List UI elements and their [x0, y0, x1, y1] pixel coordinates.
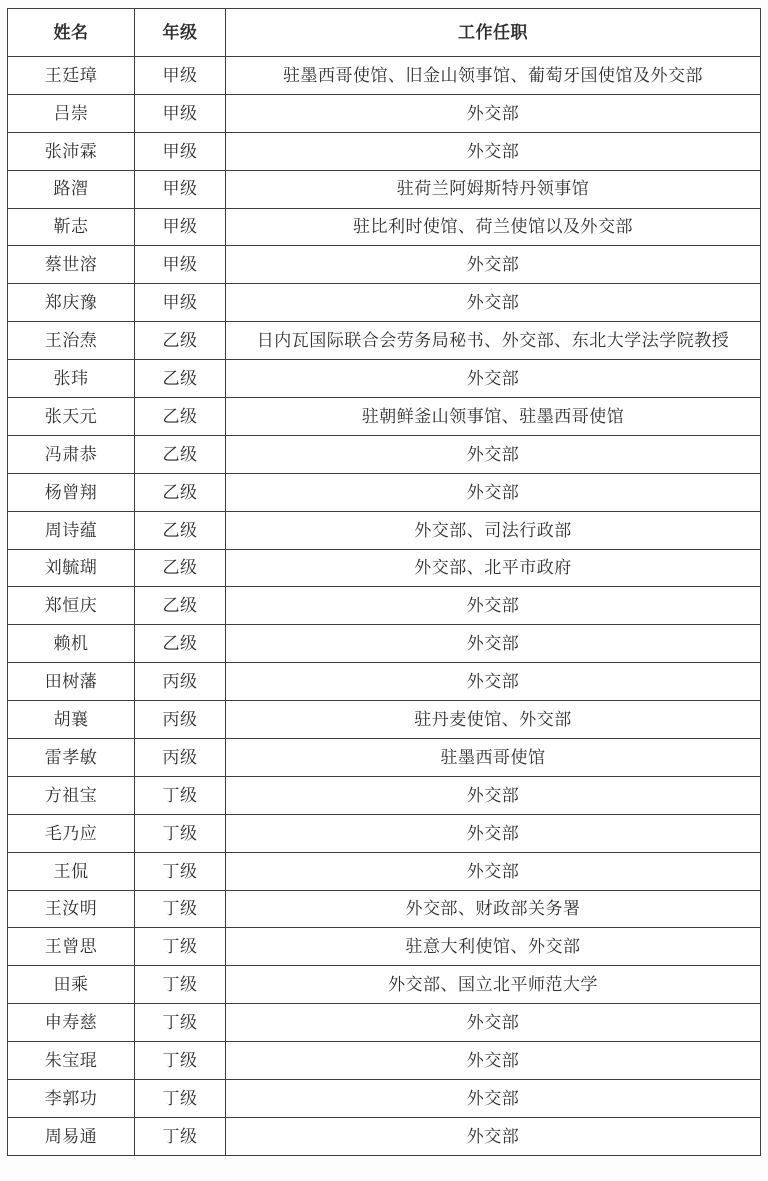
cell-position: 外交部: [226, 814, 761, 852]
table-header: 姓名 年级 工作任职: [8, 9, 761, 57]
table-row: 郑恒庆 乙级 外交部: [8, 587, 761, 625]
cell-position: 外交部: [226, 94, 761, 132]
cell-grade: 甲级: [135, 208, 226, 246]
cell-position: 驻墨西哥使馆: [226, 739, 761, 777]
table-row: 申寿慈 丁级 外交部: [8, 1004, 761, 1042]
cell-name: 刘毓瑚: [8, 549, 135, 587]
table-row: 王廷璋 甲级 驻墨西哥使馆、旧金山领事馆、葡萄牙国使馆及外交部: [8, 57, 761, 95]
cell-name: 王侃: [8, 852, 135, 890]
cell-position: 驻荷兰阿姆斯特丹领事馆: [226, 170, 761, 208]
cell-name: 王汝明: [8, 890, 135, 928]
table-row: 王曾思 丁级 驻意大利使馆、外交部: [8, 928, 761, 966]
cell-name: 张沛霖: [8, 132, 135, 170]
cell-name: 田树藩: [8, 663, 135, 701]
cell-grade: 丁级: [135, 852, 226, 890]
table-row: 吕崇 甲级 外交部: [8, 94, 761, 132]
cell-position: 日内瓦国际联合会劳务局秘书、外交部、东北大学法学院教授: [226, 322, 761, 360]
table-row: 田树藩 丙级 外交部: [8, 663, 761, 701]
cell-grade: 丁级: [135, 814, 226, 852]
cell-grade: 乙级: [135, 398, 226, 436]
table-row: 路潪 甲级 驻荷兰阿姆斯特丹领事馆: [8, 170, 761, 208]
col-header-grade: 年级: [135, 9, 226, 57]
cell-name: 郑庆豫: [8, 284, 135, 322]
cell-position: 驻丹麦使馆、外交部: [226, 701, 761, 739]
cell-grade: 丁级: [135, 1080, 226, 1118]
table-row: 蔡世溶 甲级 外交部: [8, 246, 761, 284]
cell-name: 王廷璋: [8, 57, 135, 95]
cell-name: 田乘: [8, 966, 135, 1004]
cell-name: 张玮: [8, 360, 135, 398]
table-row: 冯肃恭 乙级 外交部: [8, 435, 761, 473]
table-row: 郑庆豫 甲级 外交部: [8, 284, 761, 322]
cell-position: 外交部: [226, 360, 761, 398]
table-row: 雷孝敏 丙级 驻墨西哥使馆: [8, 739, 761, 777]
cell-position: 驻朝鲜釜山领事馆、驻墨西哥使馆: [226, 398, 761, 436]
col-header-position: 工作任职: [226, 9, 761, 57]
cell-grade: 丙级: [135, 701, 226, 739]
cell-name: 王治焘: [8, 322, 135, 360]
table-row: 毛乃应 丁级 外交部: [8, 814, 761, 852]
table-row: 张天元 乙级 驻朝鲜釜山领事馆、驻墨西哥使馆: [8, 398, 761, 436]
table-row: 朱宝琨 丁级 外交部: [8, 1042, 761, 1080]
cell-grade: 乙级: [135, 549, 226, 587]
cell-position: 外交部: [226, 473, 761, 511]
cell-name: 吕崇: [8, 94, 135, 132]
table-row: 方祖宝 丁级 外交部: [8, 776, 761, 814]
cell-grade: 丙级: [135, 663, 226, 701]
table-row: 周诗蕴 乙级 外交部、司法行政部: [8, 511, 761, 549]
cell-grade: 丁级: [135, 1004, 226, 1042]
cell-grade: 甲级: [135, 57, 226, 95]
table-row: 王治焘 乙级 日内瓦国际联合会劳务局秘书、外交部、东北大学法学院教授: [8, 322, 761, 360]
document-page: 姓名 年级 工作任职 王廷璋 甲级 驻墨西哥使馆、旧金山领事馆、葡萄牙国使馆及外…: [0, 0, 768, 1181]
cell-grade: 丙级: [135, 739, 226, 777]
cell-grade: 甲级: [135, 284, 226, 322]
cell-position: 外交部: [226, 852, 761, 890]
cell-position: 外交部: [226, 1080, 761, 1118]
officials-table: 姓名 年级 工作任职 王廷璋 甲级 驻墨西哥使馆、旧金山领事馆、葡萄牙国使馆及外…: [7, 8, 761, 1156]
header-row: 姓名 年级 工作任职: [8, 9, 761, 57]
cell-grade: 甲级: [135, 94, 226, 132]
cell-position: 驻意大利使馆、外交部: [226, 928, 761, 966]
cell-position: 外交部: [226, 625, 761, 663]
cell-grade: 甲级: [135, 170, 226, 208]
cell-grade: 乙级: [135, 360, 226, 398]
cell-grade: 乙级: [135, 625, 226, 663]
table-body: 王廷璋 甲级 驻墨西哥使馆、旧金山领事馆、葡萄牙国使馆及外交部 吕崇 甲级 外交…: [8, 57, 761, 1156]
cell-position: 外交部: [226, 1042, 761, 1080]
table-row: 田乘 丁级 外交部、国立北平师范大学: [8, 966, 761, 1004]
cell-name: 方祖宝: [8, 776, 135, 814]
cell-name: 申寿慈: [8, 1004, 135, 1042]
cell-position: 外交部、财政部关务署: [226, 890, 761, 928]
cell-position: 外交部、北平市政府: [226, 549, 761, 587]
cell-grade: 乙级: [135, 435, 226, 473]
cell-grade: 丁级: [135, 966, 226, 1004]
cell-grade: 乙级: [135, 322, 226, 360]
cell-grade: 丁级: [135, 1042, 226, 1080]
cell-position: 外交部: [226, 1004, 761, 1042]
cell-position: 外交部: [226, 1117, 761, 1155]
cell-grade: 乙级: [135, 511, 226, 549]
cell-name: 郑恒庆: [8, 587, 135, 625]
cell-name: 周诗蕴: [8, 511, 135, 549]
cell-position: 外交部、司法行政部: [226, 511, 761, 549]
table-row: 胡襄 丙级 驻丹麦使馆、外交部: [8, 701, 761, 739]
table-row: 周易通 丁级 外交部: [8, 1117, 761, 1155]
cell-position: 外交部: [226, 284, 761, 322]
cell-position: 驻比利时使馆、荷兰使馆以及外交部: [226, 208, 761, 246]
table-row: 李郭功 丁级 外交部: [8, 1080, 761, 1118]
cell-position: 外交部: [226, 587, 761, 625]
cell-grade: 丁级: [135, 890, 226, 928]
cell-grade: 甲级: [135, 132, 226, 170]
cell-name: 杨曾翔: [8, 473, 135, 511]
table-row: 赖机 乙级 外交部: [8, 625, 761, 663]
table-row: 王侃 丁级 外交部: [8, 852, 761, 890]
cell-position: 驻墨西哥使馆、旧金山领事馆、葡萄牙国使馆及外交部: [226, 57, 761, 95]
cell-name: 赖机: [8, 625, 135, 663]
table-row: 王汝明 丁级 外交部、财政部关务署: [8, 890, 761, 928]
table-row: 刘毓瑚 乙级 外交部、北平市政府: [8, 549, 761, 587]
cell-name: 路潪: [8, 170, 135, 208]
cell-name: 蔡世溶: [8, 246, 135, 284]
cell-name: 雷孝敏: [8, 739, 135, 777]
cell-name: 冯肃恭: [8, 435, 135, 473]
cell-grade: 乙级: [135, 473, 226, 511]
table-row: 张沛霖 甲级 外交部: [8, 132, 761, 170]
cell-name: 靳志: [8, 208, 135, 246]
cell-name: 朱宝琨: [8, 1042, 135, 1080]
cell-position: 外交部: [226, 435, 761, 473]
cell-grade: 丁级: [135, 776, 226, 814]
cell-name: 周易通: [8, 1117, 135, 1155]
cell-position: 外交部、国立北平师范大学: [226, 966, 761, 1004]
cell-position: 外交部: [226, 246, 761, 284]
cell-name: 胡襄: [8, 701, 135, 739]
cell-grade: 甲级: [135, 246, 226, 284]
cell-position: 外交部: [226, 776, 761, 814]
col-header-name: 姓名: [8, 9, 135, 57]
cell-position: 外交部: [226, 663, 761, 701]
cell-name: 张天元: [8, 398, 135, 436]
table-row: 靳志 甲级 驻比利时使馆、荷兰使馆以及外交部: [8, 208, 761, 246]
table-row: 杨曾翔 乙级 外交部: [8, 473, 761, 511]
cell-grade: 丁级: [135, 1117, 226, 1155]
table-row: 张玮 乙级 外交部: [8, 360, 761, 398]
cell-grade: 乙级: [135, 587, 226, 625]
cell-grade: 丁级: [135, 928, 226, 966]
cell-position: 外交部: [226, 132, 761, 170]
cell-name: 王曾思: [8, 928, 135, 966]
cell-name: 毛乃应: [8, 814, 135, 852]
cell-name: 李郭功: [8, 1080, 135, 1118]
